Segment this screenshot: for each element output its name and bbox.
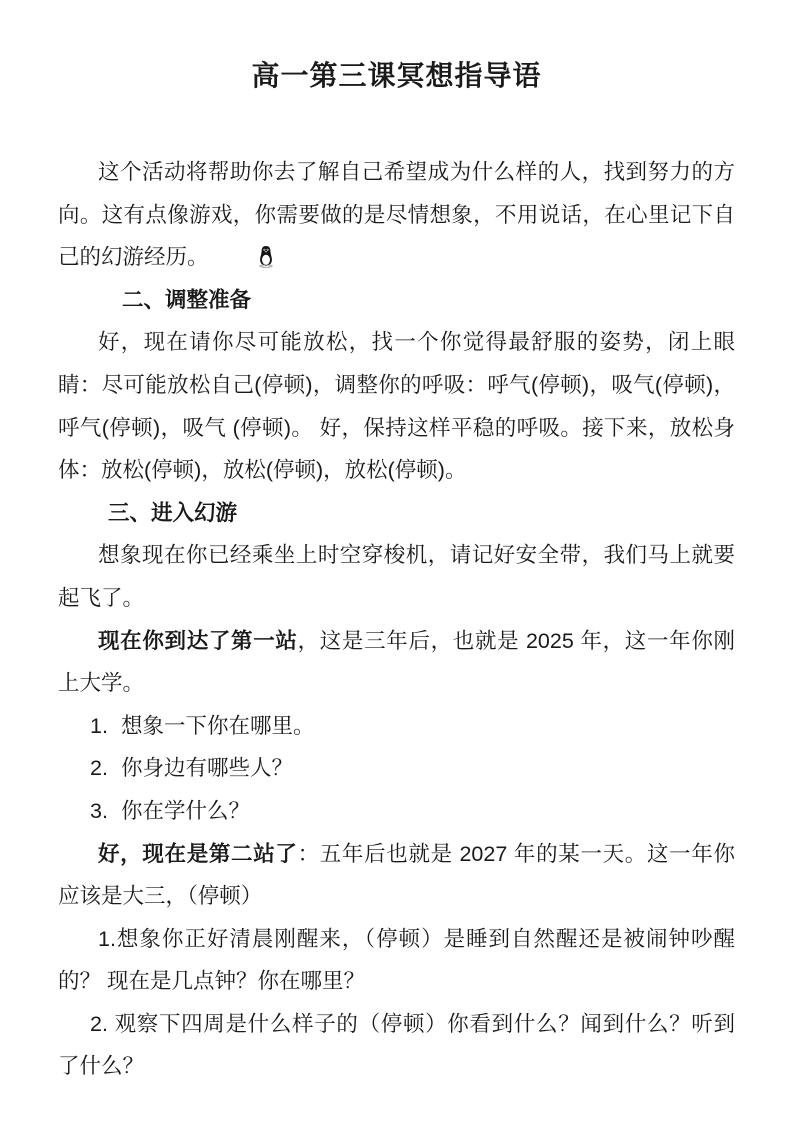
document-page: 高一第三课冥想指导语 这个活动将帮助你去了解自己希望成为什么样的人，找到努力的方… — [0, 0, 793, 1122]
list-item-text: 想象一下你在哪里。 — [121, 714, 315, 738]
list-item-number: 3. — [90, 790, 121, 833]
shuttle-paragraph: 想象现在你已经乘坐上时空穿梭机，请记好安全带，我们马上就要起飞了。 — [58, 534, 735, 619]
list-item: 1.想象一下你在哪里。 — [58, 705, 735, 748]
station2-paragraph: 好，现在是第二站了：五年后也就是 2027 年的某一天。这一年你应该是大三，（停… — [58, 833, 735, 918]
section-heading-adjust-prepare: 二、调整准备 — [58, 279, 735, 322]
list-item: 2.你身边有哪些人？ — [58, 747, 735, 790]
list-item-number: 2. — [90, 747, 121, 790]
intro-text: 这个活动将帮助你去了解自己希望成为什么样的人，找到努力的方向。这有点像游戏，你需… — [58, 160, 735, 269]
list-item-text: 你身边有哪些人？ — [121, 756, 293, 780]
intro-paragraph: 这个活动将帮助你去了解自己希望成为什么样的人，找到努力的方向。这有点像游戏，你需… — [58, 151, 735, 279]
station1-paragraph: 现在你到达了第一站，这是三年后，也就是 2025 年，这一年你刚上大学。 — [58, 620, 735, 705]
station1-lead: 现在你到达了第一站 — [98, 629, 298, 653]
question1-paragraph: 1.想象你正好清晨刚醒来，（停顿）是睡到自然醒还是被闹钟吵醒的？ 现在是几点钟？… — [58, 918, 735, 1003]
relax-paragraph: 好，现在请你尽可能放松，找一个你觉得最舒服的姿势，闭上眼睛：尽可能放松自己(停顿… — [58, 321, 735, 491]
page-title: 高一第三课冥想指导语 — [58, 56, 735, 96]
penguin-icon — [218, 240, 234, 263]
section-heading-enter-journey: 三、进入幻游 — [58, 492, 735, 535]
question2-paragraph: 2. 观察下四周是什么样子的（停顿）你看到什么？闻到什么？听到了什么？ — [58, 1003, 735, 1088]
station2-lead: 好，现在是第二站了 — [98, 842, 298, 866]
list-item-text: 你在学什么？ — [121, 799, 250, 823]
list-item: 3.你在学什么？ — [58, 790, 735, 833]
list-item-number: 1. — [90, 705, 121, 748]
